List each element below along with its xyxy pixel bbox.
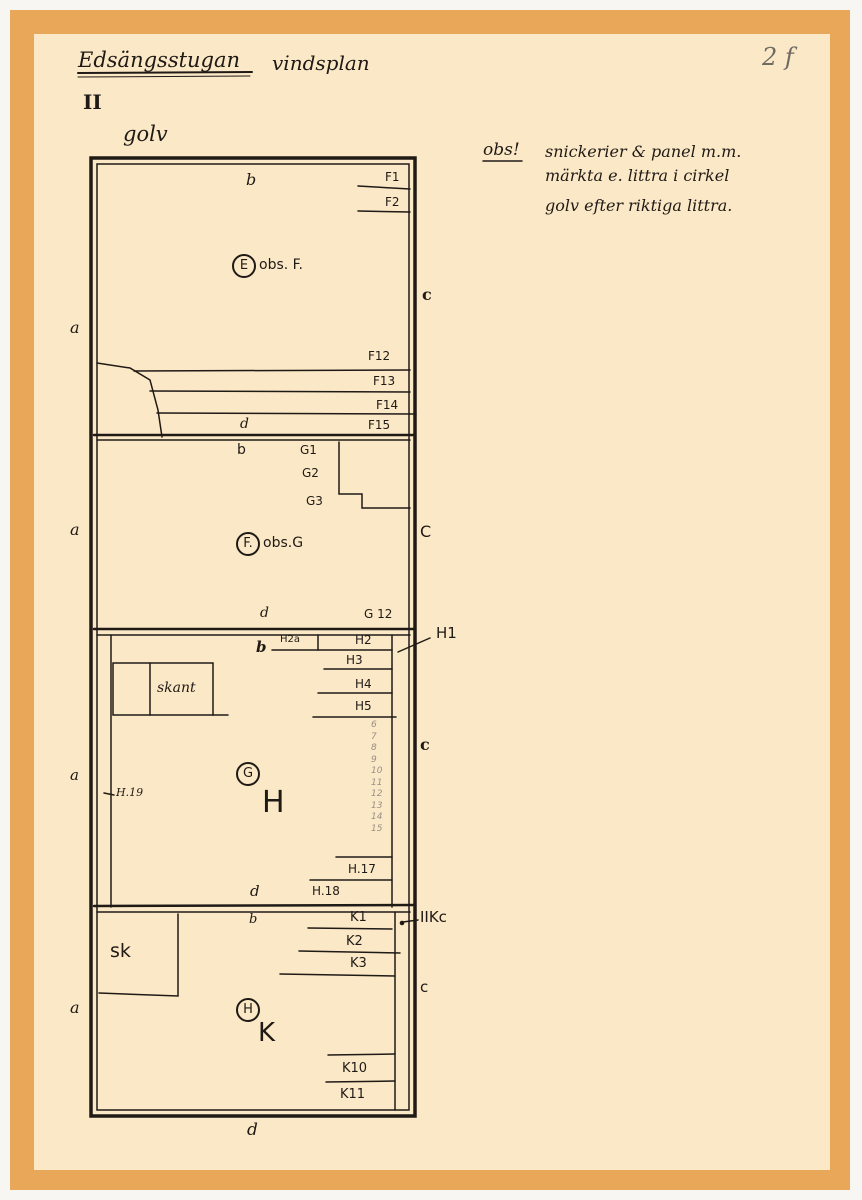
board-label: F2: [385, 195, 400, 209]
note-line-2: märkta e. littra i cirkel: [545, 166, 729, 185]
document-subtitle: vindsplan: [272, 51, 370, 75]
board-label: G3: [306, 494, 323, 508]
board-label: K2: [346, 934, 363, 949]
pencil-number: 8: [371, 743, 382, 755]
board-label: H5: [355, 699, 372, 713]
board-label: H.18: [312, 884, 340, 898]
furniture-label: sk: [110, 940, 131, 962]
wall-label-b: b: [256, 638, 267, 656]
wall-label-c: c: [422, 285, 432, 304]
wall-label-d: d: [247, 1120, 258, 1140]
room-circle-h: H: [236, 998, 260, 1022]
board-label: F13: [373, 374, 395, 388]
wall-label-b: b: [237, 442, 246, 458]
board-label: H2: [355, 633, 372, 647]
room-label-f: F.obs.G: [236, 532, 303, 556]
pencil-number: 15: [371, 824, 382, 836]
wall-label-d: d: [260, 605, 269, 621]
wall-label-a: a: [70, 318, 80, 337]
board-label: H2a: [280, 634, 300, 645]
marker-h1: H1: [436, 624, 457, 642]
room-label-e: Eobs. F.: [232, 254, 303, 278]
room-circle-e: E: [232, 254, 256, 278]
pencil-board-numbers: 6 7 8 9 10 11 12 13 14 15: [371, 720, 382, 835]
section-number: II: [83, 90, 102, 114]
board-label: H3: [346, 653, 363, 667]
wall-label-c: c: [420, 978, 428, 996]
floor-label: golv: [123, 122, 168, 146]
board-label: K10: [342, 1061, 367, 1076]
wall-label-d: d: [240, 416, 249, 432]
board-label: K11: [340, 1087, 365, 1102]
pencil-number: 10: [371, 766, 382, 778]
board-label: H4: [355, 677, 372, 691]
room-label-g: G: [236, 762, 263, 786]
board-label: F1: [385, 170, 400, 184]
room-circle-g: G: [236, 762, 260, 786]
note-label: obs!: [483, 140, 520, 160]
board-label: F15: [368, 418, 390, 432]
board-label: G 12: [364, 607, 392, 621]
wall-label-c: c: [420, 735, 430, 754]
wall-label-a: a: [70, 998, 80, 1017]
page-number: 2 f: [762, 43, 794, 71]
wall-label-a: a: [70, 766, 79, 784]
pencil-number: 9: [371, 755, 382, 767]
wall-label-a: a: [70, 520, 80, 539]
wall-label-c: C: [420, 522, 431, 541]
room-letter-h: H: [262, 785, 285, 820]
board-label: G2: [302, 466, 319, 480]
floor-plan-drawing: [0, 0, 862, 1200]
room-note: obs. F.: [259, 257, 303, 273]
note-line-3: golv efter riktiga littra.: [545, 196, 732, 215]
board-label: F12: [368, 349, 390, 363]
pencil-number: 12: [371, 789, 382, 801]
wall-label-b: b: [249, 912, 257, 927]
board-label: K3: [350, 956, 367, 971]
board-label: K1: [350, 910, 367, 925]
board-label: F14: [376, 398, 398, 412]
room-circle-f: F.: [236, 532, 260, 556]
room-letter-k: K: [258, 1018, 275, 1048]
board-label: H.17: [348, 862, 376, 876]
pencil-number: 6: [371, 720, 382, 732]
room-note: obs.G: [263, 535, 303, 551]
pencil-number: 7: [371, 732, 382, 744]
pencil-number: 13: [371, 801, 382, 813]
pencil-number: 11: [371, 778, 382, 790]
note-line-1: snickerier & panel m.m.: [545, 142, 741, 161]
wall-label-b: b: [246, 170, 256, 189]
marker-h19: H.19: [116, 786, 143, 799]
pencil-number: 14: [371, 812, 382, 824]
furniture-label: skant: [157, 680, 196, 696]
wall-label-d: d: [250, 882, 260, 900]
board-label: G1: [300, 443, 317, 457]
marker-iikc: IIKc: [420, 908, 447, 926]
document-title: Edsängsstugan: [78, 48, 240, 72]
